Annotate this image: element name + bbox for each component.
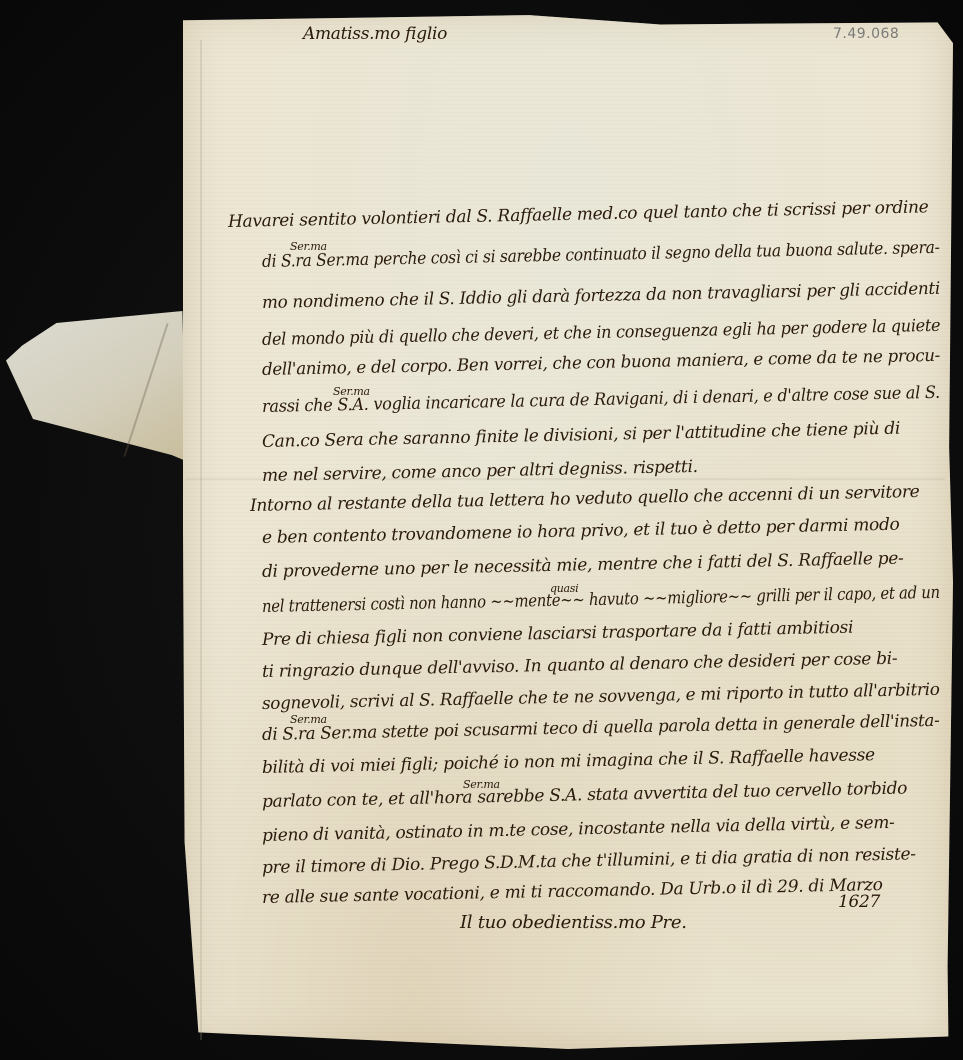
salutation: Amatiss.mo figlio — [303, 24, 447, 44]
archive-number: 7.49.068 — [833, 26, 899, 42]
year: 1627 — [838, 892, 880, 912]
vertical-fold-line — [200, 40, 202, 1040]
interlinear-insertion: Ser.ma — [463, 778, 500, 791]
signature: Il tuo obedientiss.mo Pre. — [460, 912, 687, 933]
interlinear-insertion: Ser.ma — [290, 713, 327, 726]
interlinear-insertion: quasi — [550, 582, 578, 595]
interlinear-insertion: Ser.ma — [333, 385, 370, 398]
interlinear-insertion: Ser.ma — [290, 240, 327, 253]
